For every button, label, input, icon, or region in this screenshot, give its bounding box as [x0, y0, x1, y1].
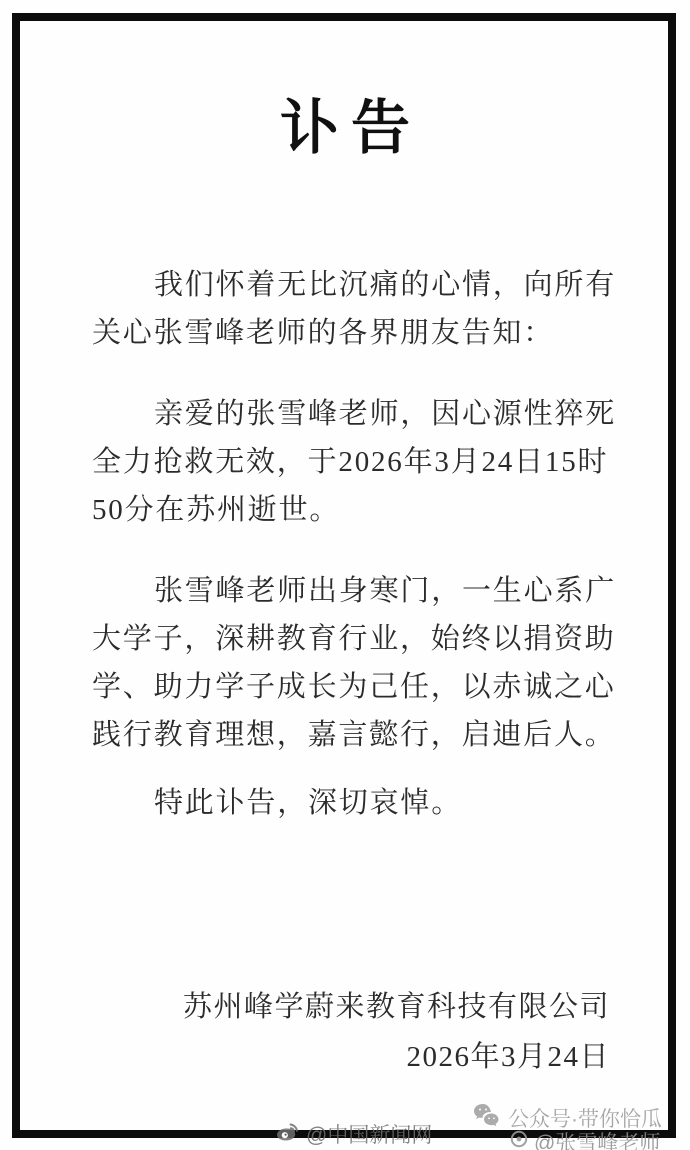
paragraph-tribute: 张雪峰老师出身寒门，一生心系广 大学子，深耕教育行业，始终以捐资助 学、助力学子…: [92, 567, 622, 759]
paragraph-death-notice: 亲爱的张雪峰老师，因心源性猝死 全力抢救无效，于2026年3月24日15时 50…: [92, 390, 622, 534]
text-line: 我们怀着无比沉痛的心情，向所有: [92, 261, 622, 309]
watermark-text: @中国新闻网: [306, 1119, 432, 1149]
watermark-text: @张雪峰老师: [534, 1127, 660, 1150]
obituary-page: 讣告 我们怀着无比沉痛的心情，向所有 关心张雪峰老师的各界朋友告知： 亲爱的张雪…: [0, 0, 690, 1150]
paragraph-opening: 我们怀着无比沉痛的心情，向所有 关心张雪峰老师的各界朋友告知：: [92, 261, 622, 357]
text-line: 践行教育理想，嘉言懿行，启迪后人。: [92, 711, 622, 759]
text-line: 大学子，深耕教育行业，始终以捐资助: [92, 615, 622, 663]
text-line: 特此讣告，深切哀悼。: [92, 779, 622, 827]
weibo-watermark-right: @张雪峰老师: [510, 1127, 660, 1150]
text-line: 50分在苏州逝世。: [92, 486, 622, 534]
paragraph-closing: 特此讣告，深切哀悼。: [92, 779, 622, 827]
signature-block: 苏州峰学蔚来教育科技有限公司 2026年3月24日: [183, 982, 610, 1082]
weibo-watermark-left: @中国新闻网: [274, 1119, 432, 1149]
text-line: 全力抢救无效，于2026年3月24日15时: [92, 438, 622, 486]
signature-date: 2026年3月24日: [183, 1032, 610, 1082]
text-line: 学、助力学子成长为己任，以赤诚之心: [92, 663, 622, 711]
obituary-title: 讣告: [0, 97, 690, 159]
text-line: 关心张雪峰老师的各界朋友告知：: [92, 309, 622, 357]
weibo-icon: [274, 1119, 300, 1149]
weibo-icon: [510, 1130, 528, 1150]
wechat-icon: [472, 1102, 502, 1134]
text-line: 亲爱的张雪峰老师，因心源性猝死: [92, 390, 622, 438]
signature-company: 苏州峰学蔚来教育科技有限公司: [183, 982, 610, 1032]
text-line: 张雪峰老师出身寒门，一生心系广: [92, 567, 622, 615]
